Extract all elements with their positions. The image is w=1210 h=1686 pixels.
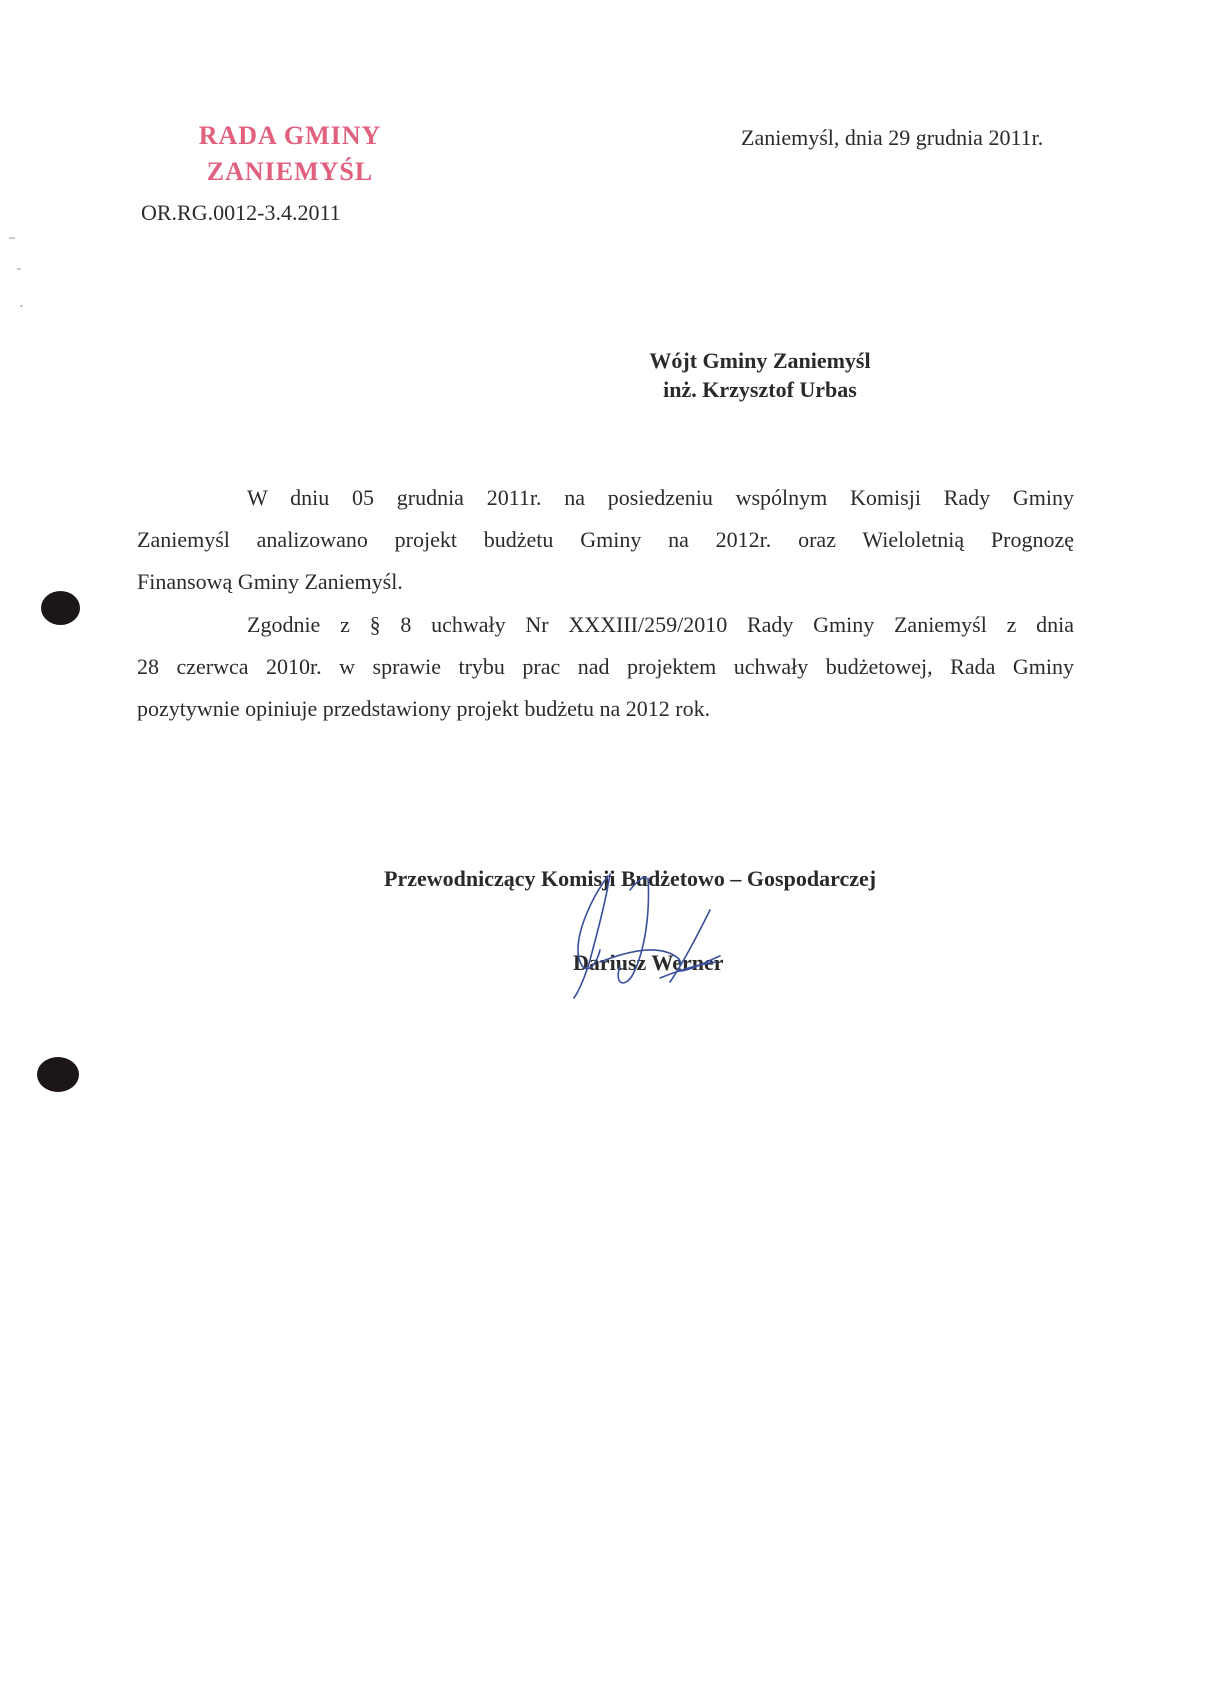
paragraph-2-line-1: Zgodnie z § 8 uchwały Nr XXXIII/259/2010…	[137, 604, 1074, 646]
body-paragraph-1: W dniu 05 grudnia 2011r. na posiedzeniu …	[137, 477, 1074, 603]
handwritten-signature	[560, 870, 750, 1000]
reference-number: OR.RG.0012-3.4.2011	[141, 200, 341, 226]
addressee: Wójt Gminy Zaniemyśl inż. Krzysztof Urba…	[600, 346, 920, 404]
punch-hole-bottom	[37, 1057, 79, 1092]
punch-hole-top	[41, 591, 80, 625]
scan-speck	[17, 268, 21, 270]
body-paragraph-2: Zgodnie z § 8 uchwały Nr XXXIII/259/2010…	[137, 604, 1074, 730]
addressee-line-2: inż. Krzysztof Urbas	[600, 375, 920, 404]
paragraph-1-line-2: Zaniemyśl analizowano projekt budżetu Gm…	[137, 519, 1074, 561]
addressee-line-1: Wójt Gminy Zaniemyśl	[600, 346, 920, 375]
stamp-line-1: RADA GMINY	[170, 118, 410, 154]
stamp-line-2: ZANIEMYŚL	[170, 154, 410, 190]
scan-speck	[9, 237, 15, 239]
council-stamp: RADA GMINY ZANIEMYŚL	[170, 118, 410, 190]
place-date: Zaniemyśl, dnia 29 grudnia 2011r.	[741, 125, 1043, 151]
scan-speck	[20, 305, 23, 307]
paragraph-2-line-3: pozytywnie opiniuje przedstawiony projek…	[137, 688, 1074, 730]
paragraph-2-line-2: 28 czerwca 2010r. w sprawie trybu prac n…	[137, 646, 1074, 688]
paragraph-1-line-1: W dniu 05 grudnia 2011r. na posiedzeniu …	[137, 477, 1074, 519]
paragraph-1-line-3: Finansową Gminy Zaniemyśl.	[137, 561, 1074, 603]
